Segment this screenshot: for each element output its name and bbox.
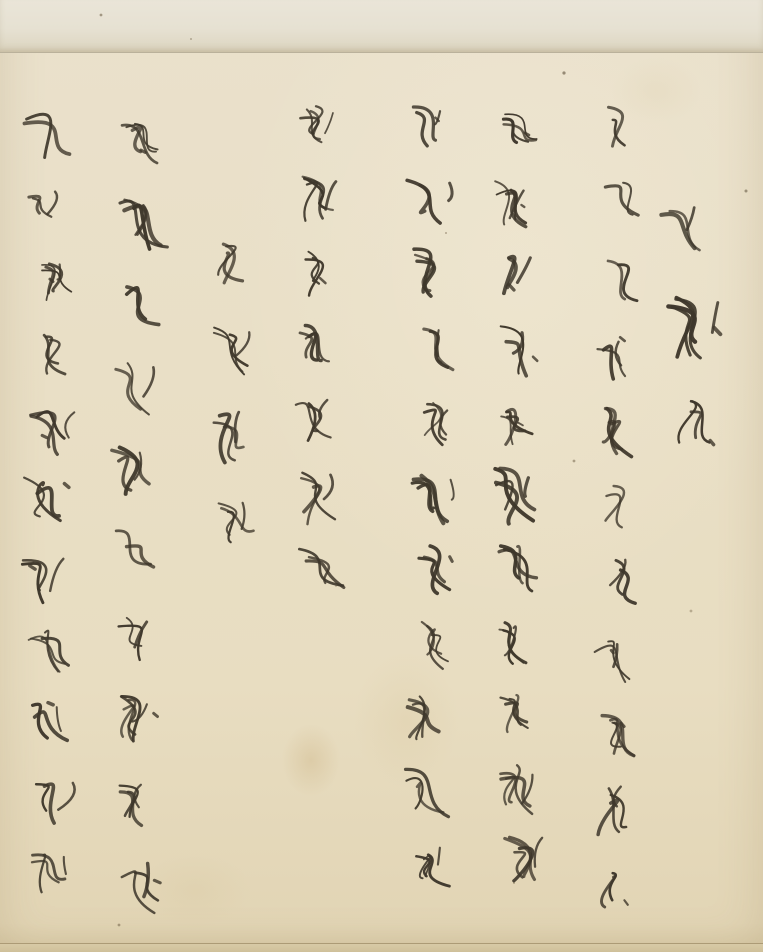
calligraphy-glyph: 古 [591,101,646,156]
calligraphy-glyph: 廣 [289,394,345,450]
glyph-character: 雲 [114,112,169,167]
calligraphy-glyph: 斗 [23,396,87,460]
glyph-character: 鶩 [408,395,466,453]
calligraphy-glyph: 秋 [102,523,167,588]
glyph-character: 孤 [596,253,653,310]
bottom-paper-seam [0,943,763,952]
text-column-title-2: 遊雲濤觀 [199,223,271,568]
glyph-character: 玉 [17,99,84,166]
calligraphy-glyph: 孤 [596,253,653,310]
calligraphy-glyph: 尋 [579,779,647,847]
text-column-verse-3: 西泖月秋鶩北玉鴻誰與香 [404,92,470,906]
calligraphy-glyph: 雲 [493,104,548,159]
glyph-character: 兮 [103,439,169,505]
calligraphy-glyph: 鶩 [408,395,466,453]
calligraphy-glyph: 登 [653,197,724,268]
calligraphy-glyph: 里 [586,631,645,690]
calligraphy-glyph: 玉 [403,541,466,604]
glyph-character: 西 [402,100,458,156]
glyph-character: 遠 [292,101,342,151]
glyph-character: 榜 [24,846,75,897]
calligraphy-glyph: 濤 [198,407,261,470]
foxing-stain [272,712,350,808]
glyph-character: 壇 [21,181,71,231]
glyph-character: 雲 [204,323,260,379]
calligraphy-glyph: 落 [489,397,541,449]
calligraphy-glyph: 危 [587,327,648,388]
calligraphy-glyph: 傾 [106,855,172,921]
glyph-character: 廣 [289,394,345,450]
calligraphy-glyph: 遊 [205,240,257,292]
calligraphy-glyph: 玄 [14,691,81,758]
glyph-character: 北 [403,466,468,531]
calligraphy-glyph: 面 [30,254,83,307]
glyph-character: 傾 [106,855,172,921]
glyph-character: 秋 [102,523,167,588]
glyph-character: 泖 [656,288,734,366]
calligraphy-glyph: 水 [109,188,181,260]
glyph-character: 誰 [393,686,461,754]
glyph-character: 中 [494,691,543,740]
glyph-character: 具 [291,170,352,231]
calligraphy-glyph: 長 [589,861,644,916]
glyph-character: 尋 [579,779,647,847]
calligraphy-glyph: 月 [401,244,466,309]
glyph-character: 金 [13,469,79,535]
calligraphy-glyph: 塔 [662,389,728,455]
glyph-character: 一 [290,245,348,303]
text-column-verse-2: 雲積雨外落木蕭山中直見 [486,96,559,900]
calligraphy-glyph: 北 [403,466,468,531]
calligraphy-glyph: 雨 [483,246,547,310]
glyph-character: 古 [591,101,646,156]
calligraphy-glyph: 觀 [211,494,268,551]
glyph-character: 里 [586,631,645,690]
glyph-character: 木 [479,462,549,532]
glyph-character: 北 [27,327,81,381]
calligraphy-glyph: 香 [407,842,459,894]
calligraphy-glyph: 見 [497,833,555,891]
calligraphy-glyph: 一 [290,245,348,303]
calligraphy-glyph: 色 [101,357,167,423]
glyph-character: 泓 [287,317,349,379]
calligraphy-glyph: 玉 [17,99,84,166]
glyph-character: 雨 [483,246,547,310]
calligraphy-glyph: 直 [490,758,552,820]
calligraphy-glyph: 秋 [410,322,466,378]
glyph-character: 外 [490,321,551,382]
glyph-character: 濤 [198,407,261,470]
glyph-character: 投 [590,553,654,617]
calligraphy-glyph: 木 [479,462,549,532]
glyph-character: 鴻 [406,617,463,674]
calligraphy-glyph: 鴻 [406,617,463,674]
glyph-character: 收 [109,610,165,666]
glyph-character: 長 [589,861,644,916]
glyph-character: 遊 [205,240,257,292]
calligraphy-glyph: 誰 [393,686,461,754]
calligraphy-glyph: 雲 [114,112,169,167]
calligraphy-glyph: 萬 [105,690,167,752]
text-column-verse-1: 古塔孤危剎磴投里千尋長 [584,92,657,929]
mounting-border-strip [0,0,763,53]
glyph-character: 月 [401,244,466,309]
glyph-character: 玄 [14,691,81,758]
glyph-character: 剎 [584,401,648,465]
calligraphy-glyph: 象 [105,778,157,830]
calligraphy-glyph: 中 [494,691,543,740]
calligraphy-leaf: 登泖塔 古塔孤危剎磴投里千尋長 雲積雨外落木蕭山中直見 西泖月秋鶩北玉鴻誰與香 … [0,0,763,952]
calligraphy-glyph: 都 [22,766,87,831]
glyph-character: 直 [490,758,552,820]
calligraphy-glyph: 泓 [287,317,349,379]
text-column-verse-6: 玉壇面北斗金闕鎮玄都榜 [22,96,88,910]
calligraphy-glyph: 磴 [592,482,647,537]
glyph-character: 宮 [292,539,355,602]
calligraphy-glyph: 千 [589,708,647,766]
calligraphy-glyph: 兮 [103,439,169,505]
calligraphy-glyph: 壇 [21,181,71,231]
calligraphy-glyph: 山 [488,614,545,671]
calligraphy-glyph: 與 [393,760,462,829]
calligraphy-glyph: 遠 [292,101,342,151]
calligraphy-glyph: 宮 [292,539,355,602]
calligraphy-glyph: 混 [109,273,177,341]
glyph-character: 香 [407,842,459,894]
glyph-character: 色 [101,357,167,423]
calligraphy-glyph: 雲 [204,323,260,379]
calligraphy-glyph: 闕 [15,545,78,608]
glyph-character: 水 [109,188,181,260]
glyph-character: 與 [393,760,462,829]
calligraphy-glyph: 塔 [595,176,652,233]
glyph-character: 玉 [403,541,466,604]
text-column-verse-4: 遠具一泓廣寒宮 [290,90,356,608]
glyph-character: 磴 [592,482,647,537]
glyph-character: 塔 [662,389,728,455]
calligraphy-glyph: 北 [27,327,81,381]
glyph-character: 泖 [401,171,464,234]
calligraphy-glyph: 金 [13,469,79,535]
calligraphy-glyph: 鎮 [22,621,81,680]
calligraphy-glyph: 投 [590,553,654,617]
text-column-title-1: 登泖塔 [656,185,727,471]
calligraphy-glyph: 積 [486,176,544,234]
glyph-character: 秋 [410,322,466,378]
glyph-character: 蕭 [491,540,551,600]
glyph-character: 見 [497,833,555,891]
glyph-character: 象 [105,778,157,830]
calligraphy-glyph: 蕭 [491,540,551,600]
calligraphy-glyph: 榜 [24,846,75,897]
glyph-character: 萬 [105,690,167,752]
glyph-character: 觀 [211,494,268,551]
glyph-character: 雲 [493,104,548,159]
calligraphy-glyph: 寒 [289,465,353,529]
glyph-character: 積 [486,176,544,234]
calligraphy-glyph: 具 [291,170,352,231]
calligraphy-glyph: 西 [402,100,458,156]
calligraphy-glyph: 泖 [401,171,464,234]
glyph-character: 寒 [289,465,353,529]
glyph-character: 混 [109,273,177,341]
glyph-character: 千 [589,708,647,766]
calligraphy-glyph: 收 [109,610,165,666]
glyph-character: 落 [489,397,541,449]
glyph-character: 塔 [595,176,652,233]
text-column-verse-5: 雲水混色兮秋收萬象傾 [104,100,177,931]
glyph-character: 斗 [23,396,87,460]
glyph-character: 危 [587,327,648,388]
glyph-character: 面 [30,254,83,307]
glyph-character: 鎮 [22,621,81,680]
calligraphy-glyph: 外 [490,321,551,382]
glyph-character: 山 [488,614,545,671]
calligraphy-glyph: 泖 [656,288,734,366]
glyph-character: 都 [22,766,87,831]
glyph-character: 登 [653,197,724,268]
glyph-character: 闕 [15,545,78,608]
calligraphy-glyph: 剎 [584,401,648,465]
